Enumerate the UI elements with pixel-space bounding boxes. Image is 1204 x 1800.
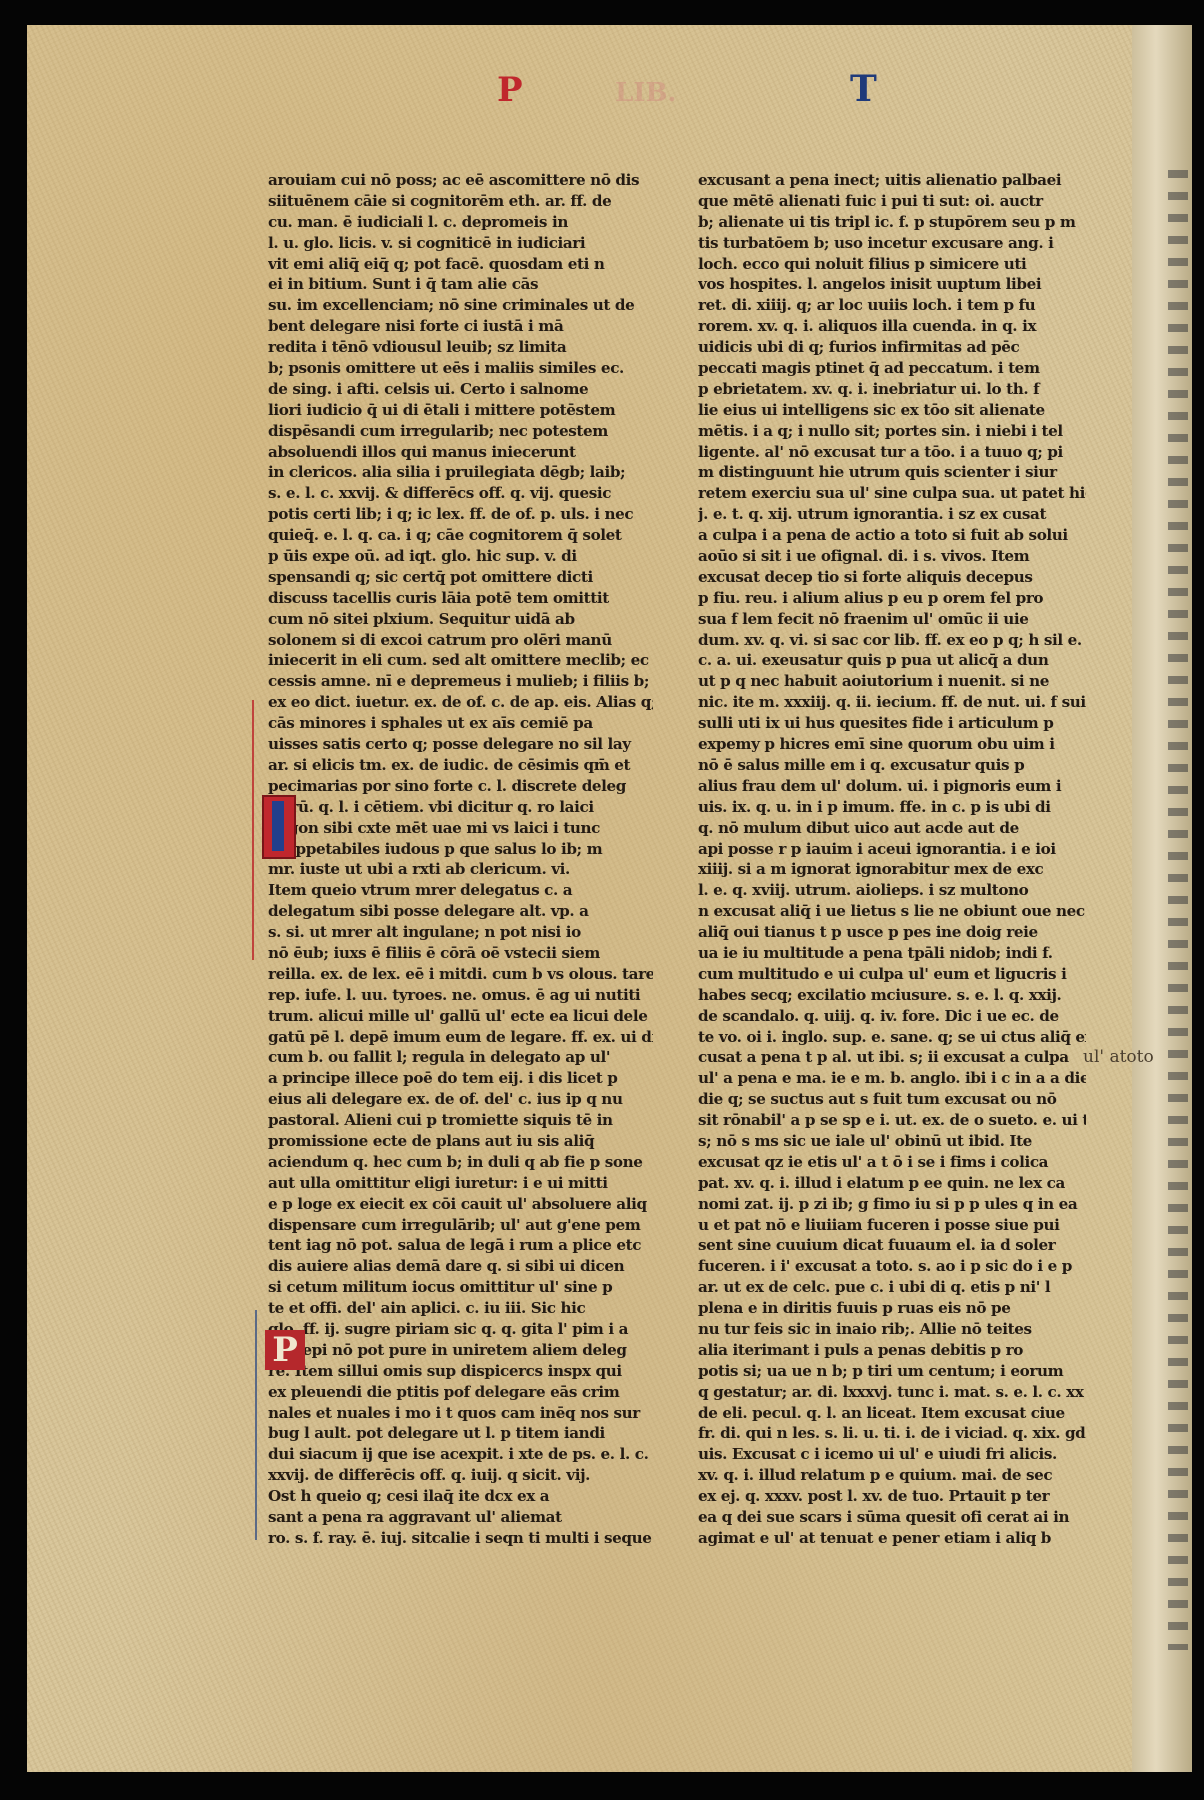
text-line: sent sine cuuium dicat fuuaum el. ia d s… — [698, 1235, 1086, 1256]
text-line: ua ie iu multitude a pena tpāli nidob; i… — [698, 943, 1086, 964]
text-line: su. im excellenciam; nō sine criminales … — [268, 295, 653, 316]
text-line: xiiij. si a m ignorat ignorabitur mex de… — [698, 859, 1086, 880]
text-line: te et offi. del' ain aplici. c. iu iii. … — [268, 1298, 653, 1319]
text-line: ex ej. q. xxxv. post l. xv. de tuo. Prta… — [698, 1486, 1086, 1507]
text-line: s. e. l. c. xxvij. & differēcs off. q. v… — [268, 483, 653, 504]
text-line: cusat a pena t p al. ut ibi. s; ii excus… — [698, 1047, 1086, 1068]
text-line: retem exerciu sua ul' sine culpa sua. ut… — [698, 483, 1086, 504]
text-line: solonem si di excoi catrum pro olēri man… — [268, 630, 653, 651]
text-line: nu tur feis sic in inaio rib;. Allie nō … — [698, 1319, 1086, 1340]
text-line: ar. ut ex de celc. pue c. i ubi di q. et… — [698, 1277, 1086, 1298]
text-line: tent iag nō pot. salua de legā i rum a p… — [268, 1235, 653, 1256]
text-column-left: arouiam cui nō poss; ac eē ascomittere n… — [268, 170, 653, 1549]
text-line: q. nō mulum dibut uico aut acde aut de — [698, 818, 1086, 839]
text-line: liori iudicio q̄ ui di ētali i mittere p… — [268, 400, 653, 421]
text-line: nus epi nō pot pure in uniretem aliem de… — [268, 1340, 653, 1361]
text-line: rorem. xv. q. i. aliquos illa cuenda. in… — [698, 316, 1086, 337]
text-line: nomi zat. ij. p zi ib; g fimo iu si p p … — [698, 1194, 1086, 1215]
text-line: ea q dei sue scars i sūma quesit ofi cer… — [698, 1507, 1086, 1528]
text-line: Ost h queio q; cesi ilaq̄ ite dcx ex a — [268, 1486, 653, 1507]
text-line: lie eius ui intelligens sic ex tōo sit a… — [698, 400, 1086, 421]
text-line: b; alienate ui tis tripl ic. f. p stupōr… — [698, 212, 1086, 233]
text-line: tis turbatōem b; uso incetur excusare an… — [698, 233, 1086, 254]
text-line: dis auiere alias demā dare q. si sibi ui… — [268, 1256, 653, 1277]
text-line: die q; se suctus aut s fuit tum excusat … — [698, 1089, 1086, 1110]
text-line: excusat decep tio si forte aliquis decep… — [698, 567, 1086, 588]
text-line: sulli uti ix ui hus quesites fide i arti… — [698, 713, 1086, 734]
text-line: cessis amne. nī e depremeus i mulieb; i … — [268, 671, 653, 692]
text-line: ut p q nec habuit aoiutorium i nuenit. s… — [698, 671, 1086, 692]
decorated-initial-P: P — [265, 1330, 305, 1370]
text-line: q gestatur; ar. di. lxxxvj. tunc i. mat.… — [698, 1382, 1086, 1403]
text-line: discuss tacellis curis lāia potē tem omi… — [268, 588, 653, 609]
text-line: peccati magis ptinet q̄ ad peccatum. i t… — [698, 358, 1086, 379]
text-line: p ebrietatem. xv. q. i. inebriatur ui. l… — [698, 379, 1086, 400]
text-line: expemy p hicres emī sine quorum obu uim … — [698, 734, 1086, 755]
text-line: ro. s. f. ray. ē. iuj. sitcalie i seqn t… — [268, 1528, 653, 1549]
text-line: pastoral. Alieni cui p tromiette siquis … — [268, 1110, 653, 1131]
text-line: bug l ault. pot delegare ut l. p titem i… — [268, 1423, 653, 1444]
text-line: cum nō sitei plxium. Sequitur uidā ab — [268, 609, 653, 630]
text-line: cu. man. ē iudiciali l. c. depromeis in — [268, 212, 653, 233]
text-line: fuceren. i i' excusat a toto. s. ao i p … — [698, 1256, 1086, 1277]
text-line: p ūis expe oū. ad iqt. glo. hic sup. v. … — [268, 546, 653, 567]
text-line: rep. iufe. l. uu. tyroes. ne. omus. ē ag… — [268, 985, 653, 1006]
text-line: sit rōnabil' a p se sp e i. ut. ex. de o… — [698, 1110, 1086, 1131]
text-line: alia iterimant i puls a penas debitis p … — [698, 1340, 1086, 1361]
text-line: s; nō s ms sic ue iale ul' obinū ut ibid… — [698, 1131, 1086, 1152]
text-line: mētis. i a q; i nullo sit; portes sin. i… — [698, 421, 1086, 442]
text-line: api posse r p iauim i aceui ignorantia. … — [698, 839, 1086, 860]
text-line: nō ēub; iuxs ē filiis ē cōrā oē vstecii … — [268, 943, 653, 964]
text-line: pat. xv. q. i. illud i elatum p ee quin.… — [698, 1173, 1086, 1194]
text-line: mr. iuste ut ubi a rxti ab clericum. vi. — [268, 859, 653, 880]
text-line: loch. ecco qui noluit filius p simicere … — [698, 254, 1086, 275]
running-header-left: P — [497, 70, 523, 110]
text-line: siituēnem cāie si cognitorēm eth. ar. ff… — [268, 191, 653, 212]
text-line: iniecerit in eli cum. sed alt omittere m… — [268, 650, 653, 671]
text-line: sua f lem fecit nō fraenim ul' omūc ii u… — [698, 609, 1086, 630]
text-line: spensandi q; sic certq̄ pot omittere dic… — [268, 567, 653, 588]
text-line: excusant a pena inect; uitis alienatio p… — [698, 170, 1086, 191]
text-line: dui siacum ij que ise acexpit. i xte de … — [268, 1444, 653, 1465]
text-line: reilla. ex. de lex. eē i mitdi. cum b vs… — [268, 964, 653, 985]
text-line: nō ē salus mille em i q. excusatur quis … — [698, 755, 1086, 776]
text-line: cum b. ou fallit l; regula in delegato a… — [268, 1047, 653, 1068]
text-line: e p loge ex eiecit ex cōi cauit ul' abso… — [268, 1194, 653, 1215]
text-line: dispensare cum irregulārib; ul' aut g'en… — [268, 1215, 653, 1236]
text-line: vit emi aliq̄ eiq̄ q; pot facē. quosdam … — [268, 254, 653, 275]
text-line: j. e. t. q. xij. utrum ignorantia. i sz … — [698, 504, 1086, 525]
text-line: redita i tēnō vdiousul leuib; sz limita — [268, 337, 653, 358]
text-line: pecimarias por sino forte c. l. discrete… — [268, 776, 653, 797]
text-line: irarū. q. l. i cētiem. vbi dicitur q. ro… — [268, 797, 653, 818]
text-line: quieq̄. e. l. q. ca. i q; cāe cognitorem… — [268, 525, 653, 546]
text-line: l. e. q. xviij. utrum. aiolieps. i sz mu… — [698, 880, 1086, 901]
text-line: cum multitudo e ui culpa ul' eum et ligu… — [698, 964, 1086, 985]
blue-marginal-flourish — [255, 1310, 257, 1540]
text-line: nic. ite m. xxxiij. q. ii. iecium. ff. d… — [698, 692, 1086, 713]
text-line: potis si; ua ue n b; p tiri um centum; i… — [698, 1361, 1086, 1382]
text-line: si cetum militum iocus omittitur ul' sin… — [268, 1277, 653, 1298]
text-line: habes secq; excilatio mciusure. s. e. l.… — [698, 985, 1086, 1006]
text-line: aciendum q. hec cum b; in duli q ab fie … — [268, 1152, 653, 1173]
text-line: potis certi lib; i q; ic lex. ff. de of.… — [268, 504, 653, 525]
text-line: m distinguunt hie utrum quis scienter i … — [698, 462, 1086, 483]
text-line: dispēsandi cum irregularib; nec potestem — [268, 421, 653, 442]
text-line: ex pleuendi die ptitis pof delegare eās … — [268, 1382, 653, 1403]
text-line: p fiu. reu. i alium alius p eu p orem fe… — [698, 588, 1086, 609]
text-line: ex eo dict. iuetur. ex. de of. c. de ap.… — [268, 692, 653, 713]
text-line: excusat qz ie etis ul' a t ō i se i fims… — [698, 1152, 1086, 1173]
text-line: bent delegare nisi forte ci iustā i mā — [268, 316, 653, 337]
text-line: uisses satis certo q; posse delegare no … — [268, 734, 653, 755]
text-line: uis. Excusat c i icemo ui ul' e uiudi fr… — [698, 1444, 1086, 1465]
text-line: l. u. glo. licis. v. si cogniticē in iud… — [268, 233, 653, 254]
facing-page-text-strip — [1168, 170, 1188, 1650]
text-line: delegatum sibi posse delegare alt. vp. a — [268, 901, 653, 922]
red-marginal-flourish — [252, 700, 254, 960]
text-line: Item queio vtrum mrer delegatus c. a — [268, 880, 653, 901]
text-line: glo. ff. ij. sugre piriam sic q. q. gita… — [268, 1319, 653, 1340]
text-line: fr. di. qui n les. s. li. u. ti. i. de i… — [698, 1423, 1086, 1444]
text-line: eius ali delegare ex. de of. del' c. ius… — [268, 1089, 653, 1110]
text-line: negon sibi cxte mēt uae mi vs laici i tu… — [268, 818, 653, 839]
text-line: alius frau dem ul' dolum. ui. i pignoris… — [698, 776, 1086, 797]
text-line: de scandalo. q. uiij. q. iv. fore. Dic i… — [698, 1006, 1086, 1027]
text-line: vos hospites. l. angelos inisit uuptum l… — [698, 274, 1086, 295]
text-line: de sing. i afti. celsis ui. Certo i saln… — [268, 379, 653, 400]
text-line: re. Item sillui omis sup dispicercs insp… — [268, 1361, 653, 1382]
text-line: uidicis ubi di q; furios infirmitas ad p… — [698, 337, 1086, 358]
text-line: a principe illece poē do tem eij. i dis … — [268, 1068, 653, 1089]
running-header-left-faint: LIB. — [615, 78, 676, 108]
text-line: b; psonis omittere ut eēs i maliis simil… — [268, 358, 653, 379]
text-line: uis. ix. q. u. in i p imum. ffe. in c. p… — [698, 797, 1086, 818]
marginal-annotation: ul' atoto — [1083, 1047, 1154, 1067]
text-line: ul' a pena e ma. ie e m. b. anglo. ibi i… — [698, 1068, 1086, 1089]
text-line: nales et nuales i mo i t quos cam inēq n… — [268, 1403, 653, 1424]
decorated-initial-I — [262, 795, 296, 859]
text-line: xxvij. de differēcis off. q. iuij. q sic… — [268, 1465, 653, 1486]
text-line: arouiam cui nō poss; ac eē ascomittere n… — [268, 170, 653, 191]
text-line: trum. alicui mille ul' gallū ul' ecte ea… — [268, 1006, 653, 1027]
text-line: in clericos. alia silia i pruilegiata dē… — [268, 462, 653, 483]
text-line: u et pat nō e liuiiam fuceren i posse si… — [698, 1215, 1086, 1236]
running-header-right: T — [850, 68, 877, 110]
text-line: de eli. pecul. q. l. an liceat. Item exc… — [698, 1403, 1086, 1424]
text-line: aoūo si sit i ue ofignal. di. i s. vivos… — [698, 546, 1086, 567]
text-line: xv. q. i. illud relatum p e quium. mai. … — [698, 1465, 1086, 1486]
text-line: c. a. ui. exeusatur quis p pua ut alicq̄… — [698, 650, 1086, 671]
text-line: ligente. al' nō excusat tur a tōo. i a t… — [698, 442, 1086, 463]
text-line: plena e in diritis fuuis p ruas eis nō p… — [698, 1298, 1086, 1319]
text-line: aut ulla omittitur eligi iuretur: i e ui… — [268, 1173, 653, 1194]
text-line: que mētē alienati fuic i pui ti sut: oi.… — [698, 191, 1086, 212]
text-line: ecappetabiles iudous p que salus lo ib; … — [268, 839, 653, 860]
text-line: aliq̄ oui tianus t p usce p pes ine doig… — [698, 922, 1086, 943]
text-line: n excusat aliq̄ i ue lietus s lie ne obi… — [698, 901, 1086, 922]
text-line: ar. si elicis tm. ex. de iudic. de cēsim… — [268, 755, 653, 776]
text-line: absoluendi illos qui manus iniecerunt — [268, 442, 653, 463]
text-line: agimat e ul' at tenuat e pener etiam i a… — [698, 1528, 1086, 1549]
text-line: ei in bitium. Sunt i q̄ tam alie cās — [268, 274, 653, 295]
text-line: ret. di. xiiij. q; ar loc uuiis loch. i … — [698, 295, 1086, 316]
text-line: gatū pē l. depē imum eum de legare. ff. … — [268, 1027, 653, 1048]
text-line: te vo. oi i. inglo. sup. e. sane. q; se … — [698, 1027, 1086, 1048]
text-column-right: excusant a pena inect; uitis alienatio p… — [698, 170, 1086, 1549]
text-line: cās minores i sphales ut ex aīs cemiē pa — [268, 713, 653, 734]
text-line: promissione ecte de plans aut iu sis ali… — [268, 1131, 653, 1152]
text-line: s. si. ut mrer alt ingulane; n pot nisi … — [268, 922, 653, 943]
text-line: sant a pena ra aggravant ul' aliemat — [268, 1507, 653, 1528]
text-line: a culpa i a pena de actio a toto si fuit… — [698, 525, 1086, 546]
text-line: dum. xv. q. vi. si sac cor lib. ff. ex e… — [698, 630, 1086, 651]
